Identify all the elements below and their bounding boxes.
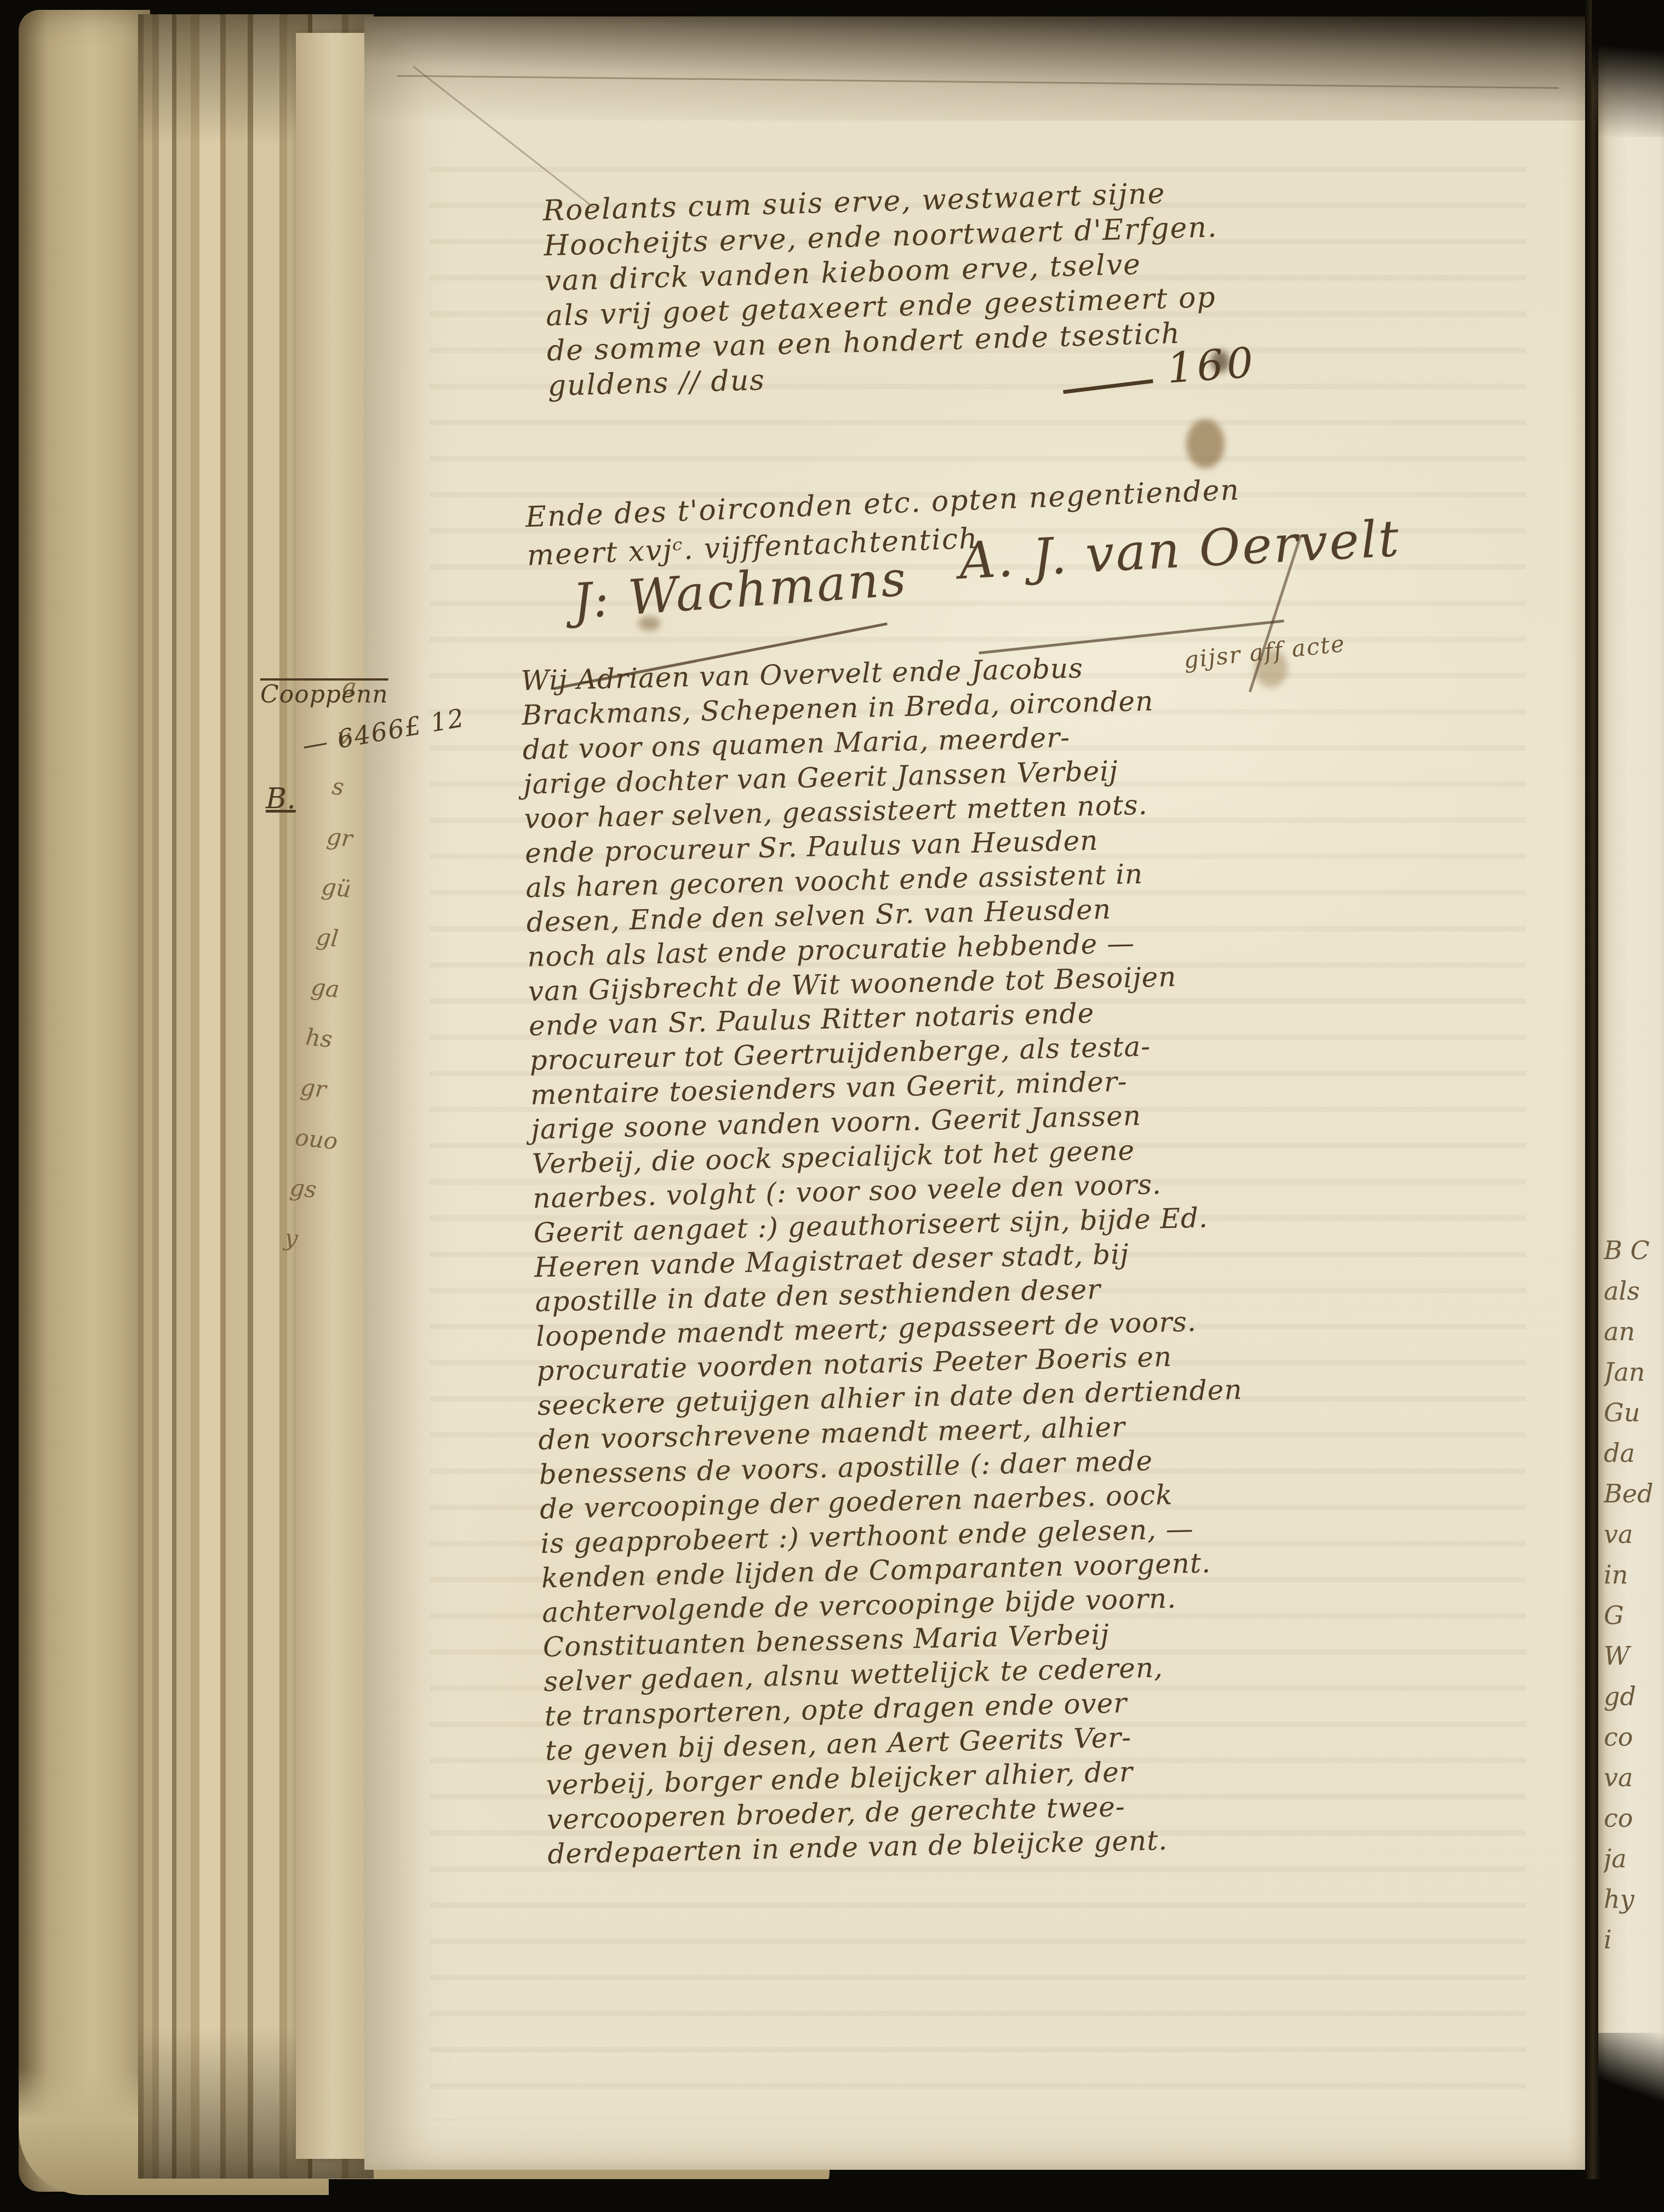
- next-page-text-fragment: Gu: [1604, 1398, 1664, 1438]
- page-top-grime: [364, 16, 1585, 121]
- next-page-text-fragment: co: [1604, 1803, 1664, 1844]
- spine-ink-mark: gs: [286, 1174, 351, 1230]
- next-page-text-fragment: Bed: [1604, 1479, 1664, 1519]
- next-page-text-fragment: hy: [1604, 1884, 1664, 1925]
- manuscript-photo: avsgrgüglgahsgrouogsy Roelants cum suis …: [0, 0, 1664, 2212]
- margin-note-cooppenningen: Cooppenn: [260, 681, 388, 708]
- next-page-text-fragment: W: [1604, 1641, 1664, 1682]
- page-gap-shadow: [1585, 0, 1599, 2212]
- next-page-sliver: B CalsanJanGudaBedvainGWgdcovacojahyi: [1598, 22, 1664, 2137]
- next-page-text-fragment: B C: [1604, 1236, 1664, 1276]
- next-page-text-fragment: i: [1604, 1925, 1664, 1965]
- spine-ink-mark: hs: [302, 1024, 367, 1080]
- entry-roelants: Roelants cum suis erve, westwaert sijneH…: [542, 167, 1534, 405]
- next-page-top-shadow: [1592, 0, 1664, 137]
- next-page-text-fragment: va: [1604, 1763, 1664, 1803]
- next-page-text-fragments: B CalsanJanGudaBedvainGWgdcovacojahyi: [1604, 1236, 1664, 1965]
- next-page-text-fragment: als: [1604, 1276, 1664, 1317]
- next-page-text-fragment: in: [1604, 1560, 1664, 1601]
- manuscript-page: Roelants cum suis erve, westwaert sijneH…: [364, 16, 1585, 2170]
- spine-ink-mark: y: [281, 1224, 346, 1281]
- spine-ink-mark: ouo: [291, 1124, 357, 1180]
- next-page-shadow-corner: [1598, 2033, 1664, 2137]
- next-page-text-fragment: Jan: [1604, 1357, 1664, 1398]
- next-page-text-fragment: G: [1604, 1601, 1664, 1641]
- next-page-text-fragment: an: [1604, 1317, 1664, 1357]
- table-shadow: [329, 2179, 1664, 2212]
- next-page-text-fragment: da: [1604, 1438, 1664, 1479]
- spine-ink-mark: ga: [307, 973, 373, 1030]
- margin-letter-b: B.: [266, 782, 296, 815]
- next-page-text-fragment: va: [1604, 1519, 1664, 1560]
- entry-verbeij: Wij Adriaen van Overvelt ende JacobusBra…: [521, 642, 1578, 1873]
- amount-value: 160: [1165, 338, 1258, 392]
- next-page-text-fragment: ja: [1604, 1844, 1664, 1884]
- spine-ink-mark: gr: [296, 1073, 362, 1130]
- next-page-text-fragment: co: [1604, 1722, 1664, 1763]
- book-cover-vellum: [19, 10, 150, 2192]
- ink-stain: [1186, 419, 1225, 468]
- next-page-text-fragment: gd: [1604, 1682, 1664, 1722]
